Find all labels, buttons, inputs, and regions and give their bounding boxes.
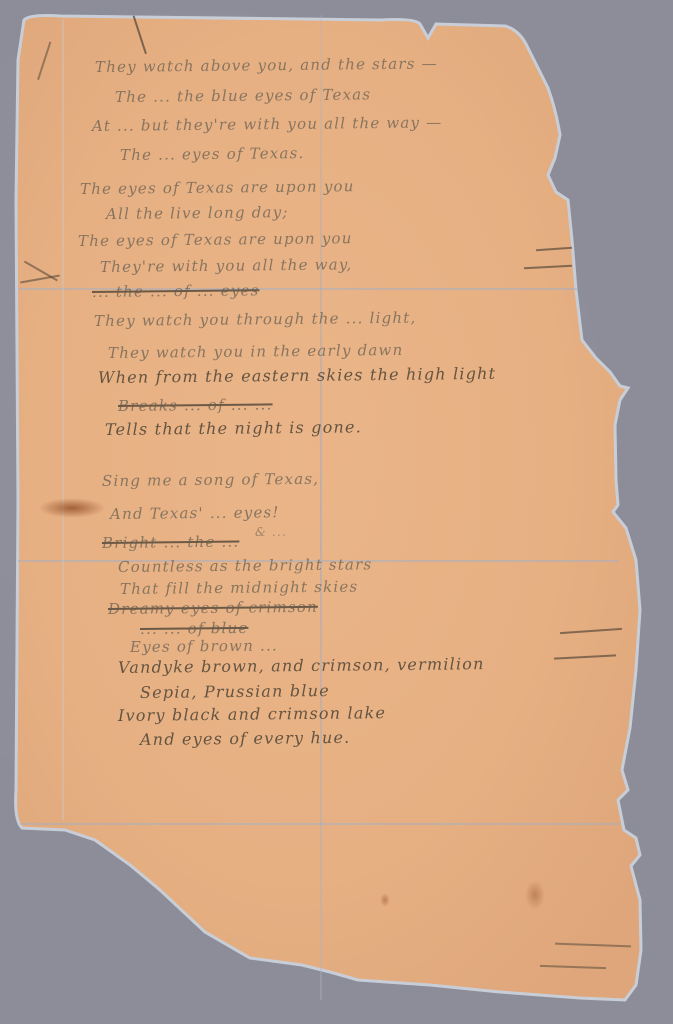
poem-line: They watch above you, and the stars — <box>95 54 438 76</box>
poem-line: That fill the midnight skies <box>120 578 359 598</box>
poem-line: They watch you through the ... light, <box>94 309 417 330</box>
poem-line: And eyes of every hue. <box>140 728 351 749</box>
poem-line: Countless as the bright stars <box>118 555 373 576</box>
poem-line-struck: Dreamy eyes of crimson <box>108 598 318 618</box>
poem-line: The ... the blue eyes of Texas <box>115 85 371 106</box>
poem-line-struck: ... ... of blue <box>140 619 249 638</box>
poem-line: Ivory black and crimson lake <box>118 703 386 725</box>
interlinear-insertion: & ... <box>255 525 287 539</box>
poem-line-struck: ... the ... of ... eyes <box>92 281 260 301</box>
poem-line: All the live long day; <box>106 203 289 223</box>
poem-line: They're with you all the way, <box>100 255 353 276</box>
poem-line-struck: Bright ... the ... <box>102 533 240 552</box>
poem-line: Eyes of brown ... <box>130 636 278 656</box>
poem-line: When from the eastern skies the high lig… <box>98 364 496 387</box>
poem-line: The ... eyes of Texas. <box>120 144 305 164</box>
poem-line: Tells that the night is gone. <box>105 417 362 439</box>
poem-line: And Texas' ... eyes! <box>110 503 280 523</box>
poem-line: They watch you in the early dawn <box>108 341 404 362</box>
handwritten-poem: They watch above you, and the stars — Th… <box>0 0 673 1024</box>
poem-line: Sepia, Prussian blue <box>140 681 330 702</box>
poem-line: The eyes of Texas are upon you <box>78 229 353 250</box>
poem-line: Sing me a song of Texas, <box>102 470 319 490</box>
poem-line-struck: Breaks ... of ... ... <box>118 395 273 415</box>
poem-line: Vandyke brown, and crimson, vermilion <box>118 654 485 677</box>
manuscript-page: They watch above you, and the stars — Th… <box>0 0 673 1024</box>
poem-line: The eyes of Texas are upon you <box>80 177 355 198</box>
poem-line: At ... but they're with you all the way … <box>92 113 443 135</box>
